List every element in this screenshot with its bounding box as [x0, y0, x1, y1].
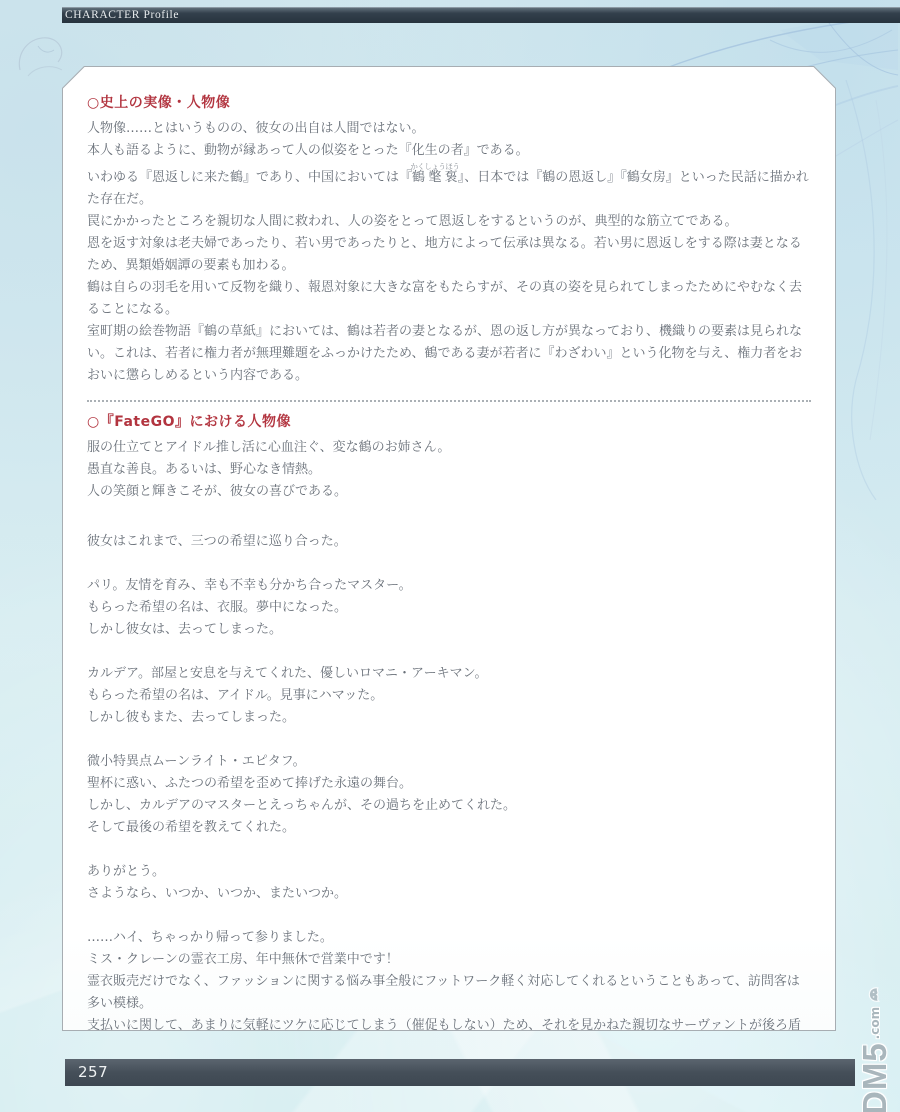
profile-group: 微小特異点ムーンライト・エピタフ。 聖杯に惑い、ふたつの希望を歪めて捧げた永遠の… [87, 751, 811, 839]
profile-group: 服の仕立てとアイドル推し活に心血注ぐ、変な鶴のお姉さん。 愚直な善良。あるいは、… [87, 437, 811, 503]
content-panel: ○史上の実像・人物像 人物像……とはいうものの、彼女の出自は人間ではない。 本人… [63, 67, 835, 1030]
dm5-logo-icon [865, 985, 885, 1004]
profile-line: 人の笑顔と輝きこそが、彼女の喜びである。 [87, 481, 811, 503]
profile-paragraph-with-ruby: いわゆる『恩返しに来た鶴』であり、中国においては『鶴氅袌かくしょうほう』、日本で… [87, 162, 811, 211]
profile-line: 霊衣販売だけでなく、ファッションに関する悩み事全般にフットワーク軽く対応してくれ… [87, 971, 811, 1015]
profile-group: ありがとう。 さようなら、いつか、いつか、またいつか。 [87, 861, 811, 905]
fatego-section-heading: ○『FateGO』における人物像 [87, 413, 811, 431]
profile-line: 愚直な善良。あるいは、野心なき情熱。 [87, 459, 811, 481]
content-panel-border: ○史上の実像・人物像 人物像……とはいうものの、彼女の出自は人間ではない。 本人… [62, 66, 836, 1031]
dm5-watermark-suffix: .com [868, 1007, 882, 1039]
profile-line: 服の仕立てとアイドル推し活に心血注ぐ、変な鶴のお姉さん。 [87, 437, 811, 459]
profile-line: しかし、カルデアのマスターとえっちゃんが、その過ちを止めてくれた。 [87, 795, 811, 817]
profile-line: カルデア。部屋と安息を与えてくれた、優しいロマニ・アーキマン。 [87, 663, 811, 685]
profile-line: しかし彼女は、去ってしまった。 [87, 619, 811, 641]
profile-group: パリ。友情を育み、幸も不幸も分かち合ったマスター。 もらった希望の名は、衣服。夢… [87, 575, 811, 641]
page-number: 257 [65, 1063, 108, 1081]
profile-line: もらった希望の名は、衣服。夢中になった。 [87, 597, 811, 619]
profile-group: カルデア。部屋と安息を与えてくれた、優しいロマニ・アーキマン。 もらった希望の名… [87, 663, 811, 729]
profile-paragraph: 恩を返す対象は老夫婦であったり、若い男であったりと、地方によって伝承は異なる。若… [87, 233, 811, 277]
ruby-base: 鶴氅袌 [410, 170, 459, 185]
ruby-text: かくしょうほう [410, 162, 459, 171]
background-sketch-right-edge [836, 80, 900, 500]
profile-group: 彼女はこれまで、三つの希望に巡り合った。 [87, 531, 811, 553]
profile-paragraph: 室町期の絵巻物語『鶴の草紙』においては、鶴は若者の妻となるが、恩の返し方が異なっ… [87, 321, 811, 387]
profile-line: 彼女はこれまで、三つの希望に巡り合った。 [87, 531, 811, 553]
profile-line: パリ。友情を育み、幸も不幸も分かち合ったマスター。 [87, 575, 811, 597]
profile-paragraph: 人物像……とはいうものの、彼女の出自は人間ではない。 [87, 118, 811, 140]
profile-line: 聖杯に惑い、ふたつの希望を歪めて捧げた永遠の舞台。 [87, 773, 811, 795]
profile-paragraph: 鶴は自らの羽毛を用いて反物を織り、報恩対象に大きな富をもたらすが、その真の姿を見… [87, 277, 811, 321]
profile-line: そして最後の希望を教えてくれた。 [87, 817, 811, 839]
header-title: CHARACTER Profile [62, 8, 900, 22]
profile-line: ありがとう。 [87, 861, 811, 883]
profile-line: ……ハイ、ちゃっかり帰って参りました。 [87, 927, 811, 949]
profile-paragraph: 罠にかかったところを親切な人間に救われ、人の姿をとって恩返しをするというのが、典… [87, 211, 811, 233]
profile-line: 微小特異点ムーンライト・エピタフ。 [87, 751, 811, 773]
profile-group: ……ハイ、ちゃっかり帰って参りました。 ミス・クレーンの霊衣工房、年中無休で営業… [87, 927, 811, 1059]
profile-paragraph: 本人も語るように、動物が縁あって人の似姿をとった『化生の者』である。 [87, 140, 811, 162]
profile-line: 支払いに関して、あまりに気軽にツケに応じてしまう（催促もしない）ため、それを見か… [87, 1015, 811, 1059]
ruby-word: 鶴氅袌かくしょうほう [412, 170, 458, 185]
dotted-divider [87, 400, 811, 402]
profile-line: しかし彼もまた、去ってしまった。 [87, 707, 811, 729]
header-bar: CHARACTER Profile [62, 7, 900, 23]
page-background: CHARACTER Profile ○史上の実像・人物像 人物像……とはいうもの… [0, 0, 900, 1112]
background-sketch-top-left [8, 22, 78, 92]
dm5-watermark: DM5 .com [853, 985, 897, 1112]
ruby-line-before: いわゆる『恩返しに来た鶴』であり、中国においては『 [87, 170, 412, 185]
profile-line: もらった希望の名は、アイドル。見事にハマッた。 [87, 685, 811, 707]
profile-line: さようなら、いつか、いつか、またいつか。 [87, 883, 811, 905]
history-section-heading: ○史上の実像・人物像 [87, 94, 811, 112]
page-number-bar: 257 [65, 1059, 855, 1086]
dm5-watermark-name: DM5 [856, 1042, 894, 1112]
profile-line: ミス・クレーンの霊衣工房、年中無休で営業中です！ [87, 949, 811, 971]
